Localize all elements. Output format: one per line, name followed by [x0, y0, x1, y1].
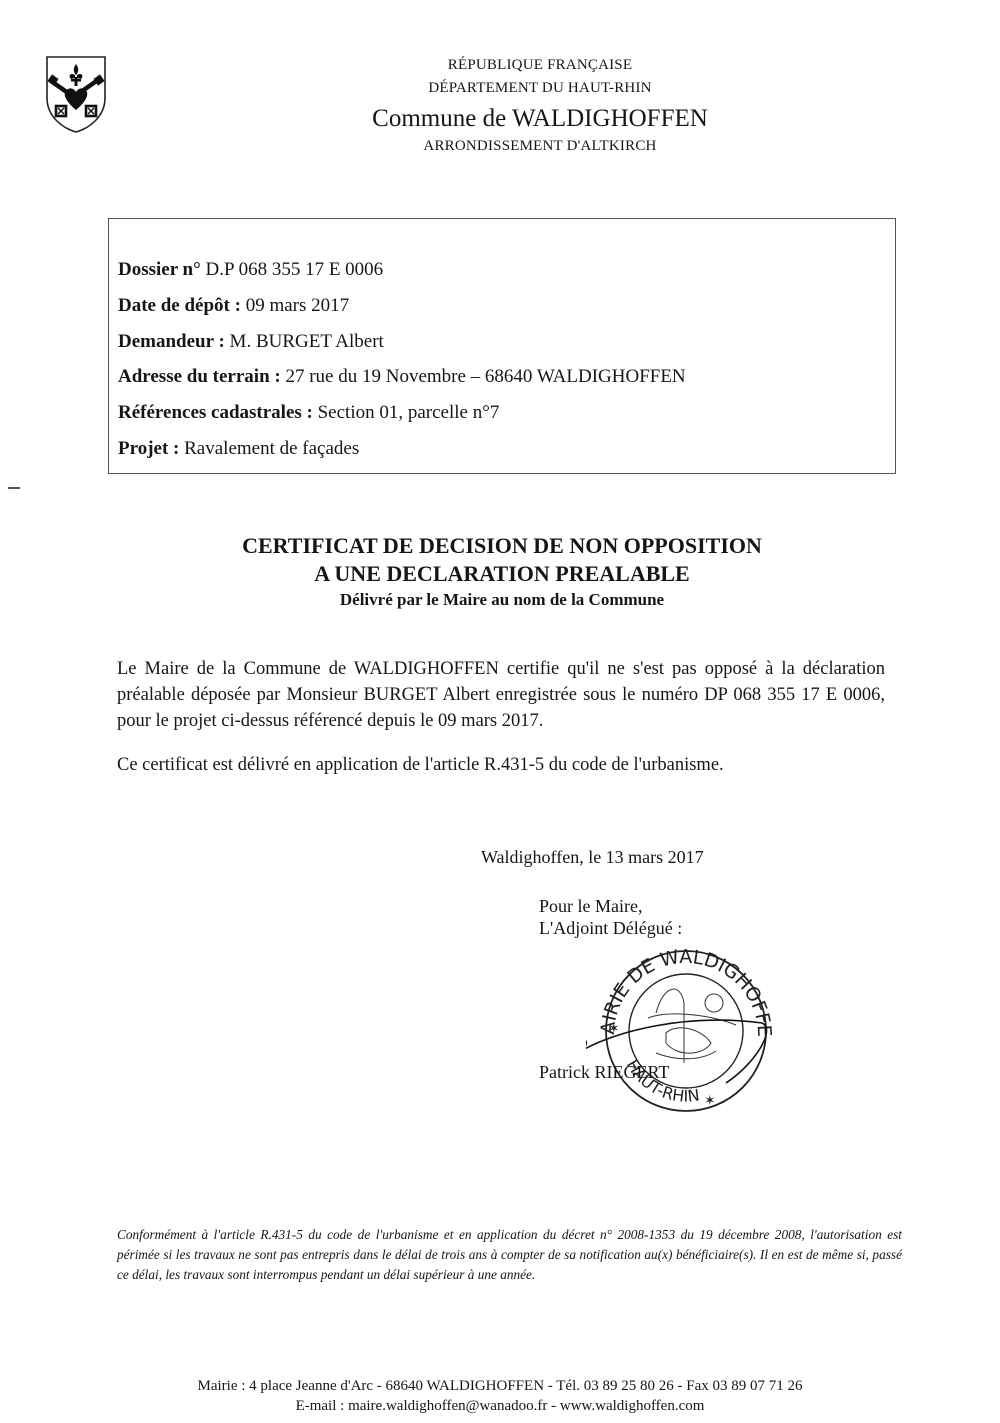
- field-label: Date de dépôt :: [118, 295, 241, 316]
- town-hall-address: Mairie : 4 place Jeanne d'Arc - 68640 WA…: [80, 1376, 920, 1396]
- field-value: Section 01, parcelle n°7: [318, 402, 500, 423]
- official-stamp-icon: MAIRIE DE WALDIGHOFFEN HAUT-RHIN ✶ ✶: [586, 943, 786, 1113]
- field-value: D.P 068 355 17 E 0006: [205, 259, 383, 280]
- certificate-title-line1: CERTIFICAT DE DECISION DE NON OPPOSITION: [100, 533, 904, 559]
- field-label: Adresse du terrain :: [118, 366, 281, 387]
- field-value: 09 mars 2017: [246, 295, 349, 316]
- land-address-row: Adresse du terrain : 27 rue du 19 Novemb…: [118, 366, 686, 388]
- deposit-date-row: Date de dépôt : 09 mars 2017: [118, 295, 349, 317]
- certificate-title-line2: A UNE DECLARATION PREALABLE: [100, 561, 904, 587]
- applicant-row: Demandeur : M. BURGET Albert: [118, 331, 384, 353]
- certification-paragraph: Le Maire de la Commune de WALDIGHOFFEN c…: [117, 656, 885, 734]
- field-label: Références cadastrales :: [118, 402, 313, 423]
- arrondissement-heading: ARRONDISSEMENT D'ALTKIRCH: [200, 138, 880, 155]
- field-label: Projet :: [118, 438, 179, 459]
- certificate-subtitle: Délivré par le Maire au nom de la Commun…: [100, 590, 904, 610]
- signatory-name: Patrick RIEGERT: [539, 1062, 669, 1083]
- field-value: Ravalement de façades: [184, 438, 359, 459]
- dossier-number-row: Dossier n° D.P 068 355 17 E 0006: [118, 259, 383, 281]
- field-value: M. BURGET Albert: [230, 331, 384, 352]
- signatory-role: L'Adjoint Délégué :: [539, 918, 682, 939]
- field-value: 27 rue du 19 Novembre – 68640 WALDIGHOFF…: [285, 366, 685, 387]
- project-row: Projet : Ravalement de façades: [118, 438, 359, 460]
- svg-text:✶: ✶: [704, 1094, 716, 1109]
- republic-heading: RÉPUBLIQUE FRANÇAISE: [200, 57, 880, 74]
- fold-mark: [8, 487, 20, 489]
- department-heading: DÉPARTEMENT DU HAUT-RHIN: [200, 80, 880, 97]
- signatory-for: Pour le Maire,: [539, 896, 642, 917]
- place-and-date: Waldighoffen, le 13 mars 2017: [481, 847, 704, 868]
- field-label: Dossier n°: [118, 259, 201, 280]
- validity-legal-note: Conformément à l'article R.431-5 du code…: [117, 1225, 902, 1285]
- commune-heading: Commune de WALDIGHOFFEN: [200, 105, 880, 133]
- field-label: Demandeur :: [118, 331, 225, 352]
- coat-of-arms-icon: [44, 54, 108, 134]
- legal-basis-paragraph: Ce certificat est délivré en application…: [117, 752, 885, 778]
- town-hall-contact: E-mail : maire.waldighoffen@wanadoo.fr -…: [80, 1396, 920, 1416]
- cadastral-references-row: Références cadastrales : Section 01, par…: [118, 402, 499, 424]
